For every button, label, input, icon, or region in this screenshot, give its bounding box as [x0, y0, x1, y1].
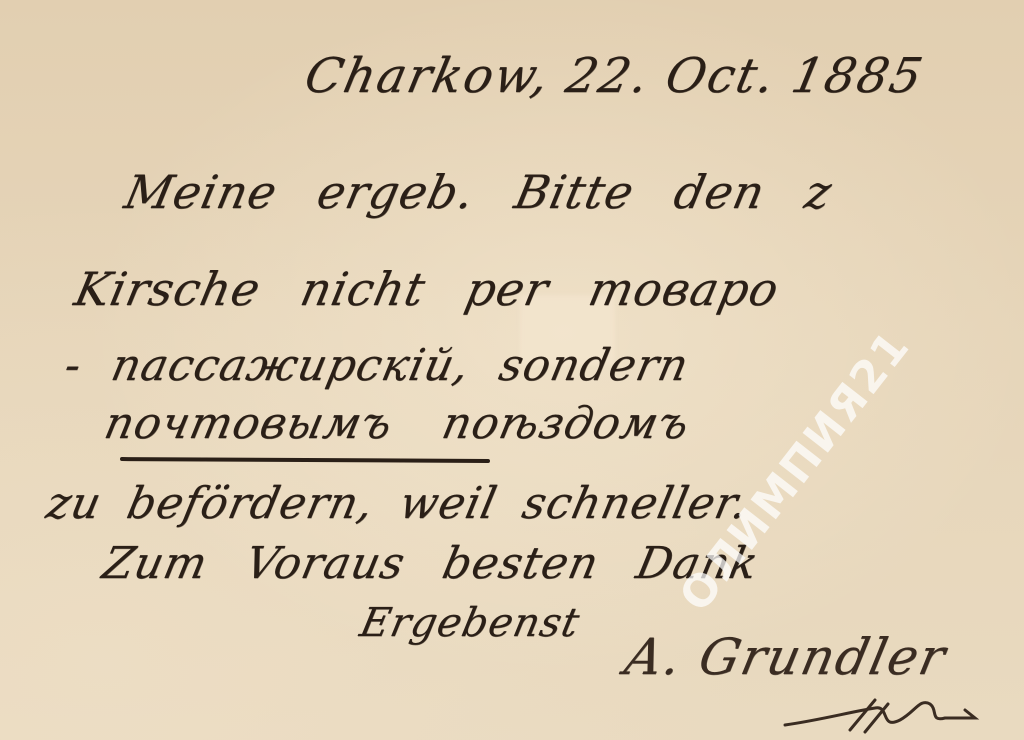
place-date-line: Charkow, 22. Oct. 1885 — [300, 48, 929, 104]
body-line-2: Kirsche nicht per товаро — [70, 262, 784, 316]
letter-card: Charkow, 22. Oct. 1885 Meine ergeb. Bitt… — [0, 0, 1024, 740]
underline-stroke — [120, 457, 490, 463]
closing-phrase: Ergebenst — [356, 600, 584, 646]
watermark: ОЛИМПИЯ21 — [670, 321, 920, 621]
signature-flourish-icon — [780, 690, 980, 735]
body-line-1: Meine ergeb. Bitte den z — [120, 165, 837, 219]
body-line-6: Zum Voraus besten Dank — [98, 538, 763, 589]
body-line-3: - пассажирскiй, sondern — [60, 340, 694, 391]
signature: A. Grundler — [620, 628, 952, 686]
body-line-4: почтовымъ поѣздомъ — [100, 398, 694, 449]
body-line-5: zu befördern, weil schneller. — [42, 478, 753, 529]
